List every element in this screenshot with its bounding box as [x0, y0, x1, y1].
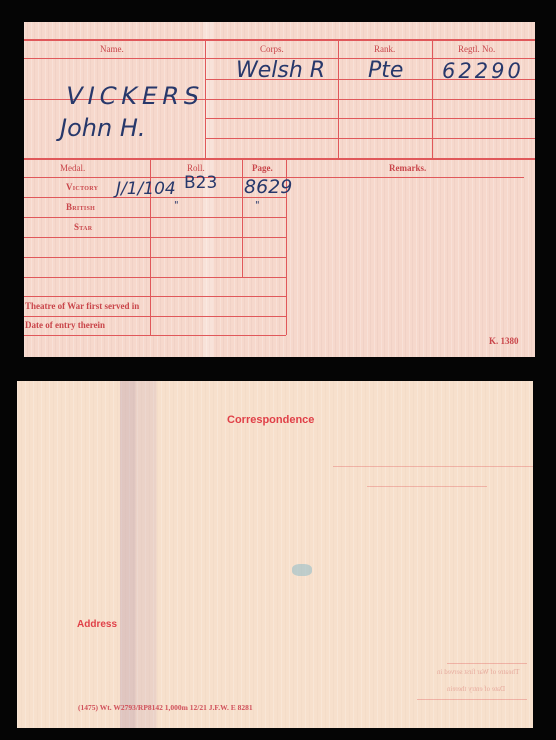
page-victory: 8629 — [244, 176, 292, 198]
rule — [24, 217, 286, 218]
rule — [24, 296, 286, 297]
roll-british-ditto: " — [174, 200, 179, 211]
medal-victory-label: Victory — [66, 182, 98, 192]
header-roll: Roll. — [187, 163, 205, 173]
address-heading: Address — [77, 619, 117, 630]
divider-rank-regtl — [432, 40, 433, 158]
rank-entry: Pte — [368, 58, 403, 83]
rule — [205, 138, 535, 139]
header-remarks: Remarks. — [389, 163, 426, 173]
rule — [205, 118, 535, 119]
page-british-ditto: " — [255, 200, 260, 211]
theatre-of-war-label: Theatre of War first served in — [25, 301, 139, 311]
header-rank: Rank. — [374, 44, 395, 54]
date-of-entry-label: Date of entry therein — [25, 320, 105, 330]
bleed-date-text: Date of entry therein — [447, 685, 505, 693]
bleed-rule — [417, 699, 527, 700]
divider-roll-page — [242, 159, 243, 277]
correspondence-heading: Correspondence — [227, 414, 314, 426]
divider-corps-rank — [338, 40, 339, 158]
bleed-rule — [367, 486, 487, 487]
divider-name-corps — [205, 40, 206, 158]
rule — [24, 316, 286, 317]
bleed-rule — [333, 466, 533, 467]
roll-victory-suffix: B23 — [184, 173, 217, 193]
medal-british-label: British — [66, 202, 95, 212]
header-name: Name. — [100, 44, 124, 54]
print-line: (1475) Wt. W2793/RP8142 1,000m 12/21 J.F… — [78, 703, 253, 712]
bleed-theatre-text: Theatre of War first served in — [437, 668, 519, 676]
header-regtl-no: Regtl. No. — [458, 44, 495, 54]
form-code: K. 1380 — [489, 336, 519, 346]
roll-victory-prefix: J/1/104 — [116, 179, 176, 199]
medal-index-card-back: Correspondence Address Theatre of War fi… — [17, 381, 533, 728]
rule-top — [24, 39, 535, 41]
bleed-rule — [447, 663, 527, 664]
header-corps: Corps. — [260, 44, 284, 54]
surname-entry: VICKERS — [63, 82, 207, 110]
ink-stain — [292, 564, 312, 576]
rule-section — [24, 158, 535, 160]
header-medal: Medal. — [60, 163, 85, 173]
forenames-entry: John H. — [60, 114, 146, 142]
header-page: Page. — [252, 163, 273, 173]
medal-index-card-front: Name. Corps. Rank. Regtl. No. VICKERS Jo… — [24, 22, 535, 357]
rule — [24, 277, 286, 278]
rule — [24, 335, 286, 336]
regtl-no-entry: 62290 — [442, 59, 524, 83]
corps-entry: Welsh R — [236, 58, 325, 83]
medal-star-label: Star — [74, 222, 92, 232]
rule — [24, 257, 286, 258]
rule — [24, 237, 286, 238]
